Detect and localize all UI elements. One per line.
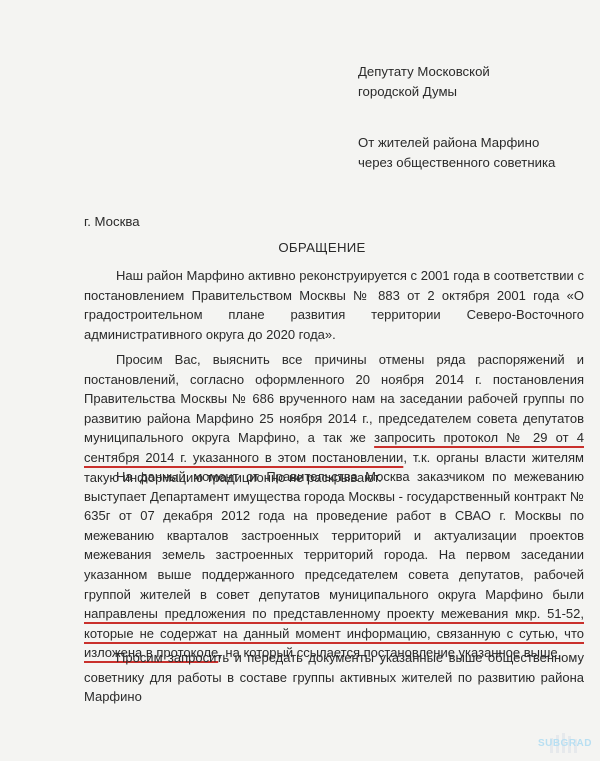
city-label: г. Москва bbox=[84, 214, 140, 229]
recipient-line-1: Депутату Московской bbox=[358, 62, 490, 82]
paragraph-1: Наш район Марфино активно реконструирует… bbox=[84, 266, 584, 344]
watermark-text: SUBGRAD bbox=[538, 738, 592, 749]
sender-line-1: От жителей района Марфино bbox=[358, 133, 555, 153]
sender-block: От жителей района Марфино через обществе… bbox=[358, 133, 555, 173]
paragraph-3-text-a: На данный момент от Правительства Москва… bbox=[84, 469, 584, 602]
paragraph-4: Просим запросить и передать документы ук… bbox=[84, 648, 584, 707]
sender-line-2: через общественного советника bbox=[358, 153, 555, 173]
recipient-line-2: городской Думы bbox=[358, 82, 490, 102]
paragraph-3: На данный момент от Правительства Москва… bbox=[84, 467, 584, 663]
recipient-block: Депутату Московской городской Думы bbox=[358, 62, 490, 102]
scanned-letter-page: Депутату Московской городской Думы От жи… bbox=[0, 0, 600, 761]
document-title: ОБРАЩЕНИЕ bbox=[0, 240, 600, 255]
